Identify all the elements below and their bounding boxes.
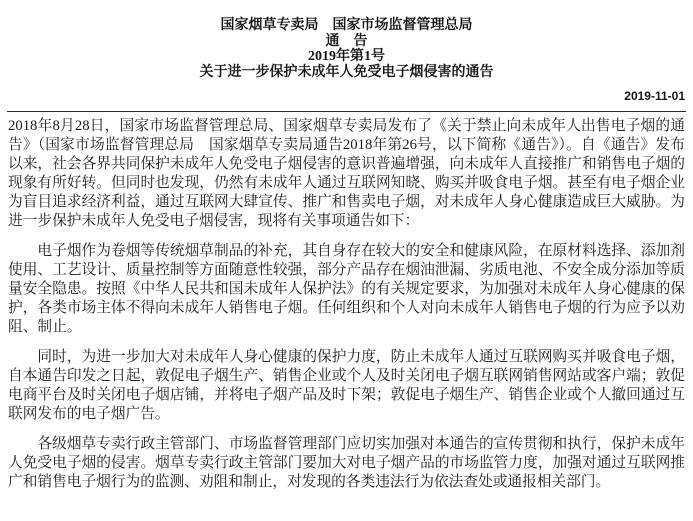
document-header: 国家烟草专卖局 国家市场监督管理总局 通 告 2019年第1号 关于进一步保护未… (0, 0, 693, 80)
paragraph-intro: 2018年8月28日，国家市场监督管理总局、国家烟草专卖局发布了《关于禁止向未成… (8, 117, 685, 231)
paragraph-risk-statement: 电子烟作为卷烟等传统烟草制品的补充，其自身存在较大的安全和健康风险，在原材料选择… (8, 242, 685, 337)
paragraph-internet-sales-ban: 同时，为进一步加大对未成年人身心健康的保护力度，防止未成年人通过互联网购买并吸食… (8, 348, 685, 424)
notice-number: 2019年第1号 (0, 49, 693, 65)
notice-type: 通 告 (0, 34, 693, 50)
issuing-org-line: 国家烟草专卖局 国家市场监督管理总局 (0, 18, 693, 34)
paragraph-enforcement: 各级烟草专卖行政主管部门、市场监督管理部门应切实加强对本通告的宣传贯彻和执行，保… (8, 435, 685, 492)
publish-date: 2019-11-01 (0, 90, 693, 102)
notice-body: 2018年8月28日，国家市场监督管理总局、国家烟草专卖局发布了《关于禁止向未成… (0, 112, 693, 492)
page-title: 关于进一步保护未成年人免受电子烟侵害的通告 (0, 65, 693, 81)
notice-document: 国家烟草专卖局 国家市场监督管理总局 通 告 2019年第1号 关于进一步保护未… (0, 0, 693, 521)
